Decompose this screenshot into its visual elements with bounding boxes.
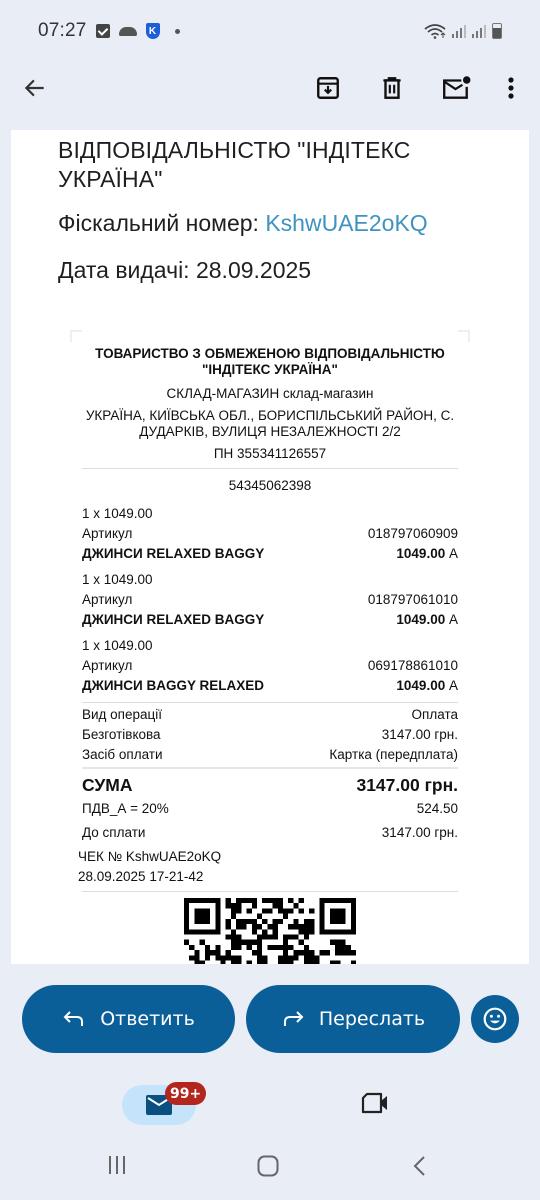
- mark-unread-button[interactable]: [436, 68, 476, 108]
- vat-label: ПДВ_А = 20%: [82, 797, 169, 821]
- item-article-row: Артикул018797061010: [82, 590, 458, 610]
- item-name: ДЖИНСИ RELAXED BAGGY: [82, 544, 264, 564]
- item-name-row: ДЖИНСИ BAGGY RELAXED1049.00 А: [82, 676, 458, 696]
- more-options-button[interactable]: [491, 68, 531, 108]
- fiscal-number-link[interactable]: KshwUAE2oKQ: [265, 210, 427, 236]
- fiscal-number-line: Фіскальний номер: KshwUAE2oKQ: [58, 210, 428, 237]
- reply-icon: [62, 1009, 86, 1029]
- message-body: ВІДПОВІДАЛЬНІСТЮ "ІНДІТЕКС УКРАЇНА" Фіск…: [11, 130, 529, 964]
- operation-value: Оплата: [412, 705, 458, 725]
- nav-meet[interactable]: [360, 1091, 392, 1120]
- fiscal-label: Фіскальний номер:: [58, 210, 265, 236]
- system-navigation: [0, 1140, 540, 1200]
- checkbox-notification-icon: [96, 24, 110, 38]
- mark-unread-icon: [441, 75, 471, 101]
- forward-label: Переслать: [319, 1008, 425, 1030]
- qty-price: 1 x 1049.00: [82, 570, 153, 590]
- item-tax-code: А: [449, 678, 458, 693]
- cashless-label: Безготівкова: [82, 725, 161, 745]
- to-pay-row: До сплати 3147.00 грн.: [82, 821, 458, 845]
- article-number: 018797061010: [368, 590, 458, 610]
- issue-date-line: Дата видачі: 28.09.2025: [58, 257, 311, 284]
- item-amount-wrap: 1049.00 А: [396, 676, 458, 696]
- unread-badge: 99+: [165, 1082, 206, 1105]
- dot-icon: [175, 29, 180, 34]
- video-meet-icon: [360, 1091, 392, 1115]
- reply-button[interactable]: Ответить: [22, 985, 235, 1053]
- check-datetime: 28.09.2025 17-21-42: [78, 867, 458, 887]
- receipt-company-name: ТОВАРИСТВО З ОБМЕЖЕНОЮ ВІДПОВІДАЛЬНІСТЮ …: [82, 346, 458, 378]
- sum-row: СУМА 3147.00 грн.: [82, 773, 458, 797]
- receipt-item: 1 x 1049.00Артикул018797061010ДЖИНСИ REL…: [82, 570, 458, 630]
- battery-charging-icon: [492, 23, 502, 39]
- cashless-row: Безготівкова 3147.00 грн.: [82, 725, 458, 745]
- company-name-tail: ВІДПОВІДАЛЬНІСТЮ "ІНДІТЕКС УКРАЇНА": [58, 136, 498, 194]
- qty-price: 1 x 1049.00: [82, 636, 153, 656]
- item-qty-price: 1 x 1049.00: [82, 504, 458, 524]
- date-value: 28.09.2025: [196, 257, 311, 283]
- archive-button[interactable]: [308, 68, 348, 108]
- back-button[interactable]: [15, 68, 55, 108]
- reply-label: Ответить: [100, 1008, 195, 1030]
- sum-value: 3147.00 грн.: [356, 773, 458, 797]
- recent-apps-icon: [106, 1154, 128, 1176]
- recent-apps-button[interactable]: [106, 1154, 128, 1181]
- item-name: ДЖИНСИ RELAXED BAGGY: [82, 610, 264, 630]
- item-qty-price: 1 x 1049.00: [82, 570, 458, 590]
- divider: [82, 702, 458, 703]
- vat-row: ПДВ_А = 20% 524.50: [82, 797, 458, 821]
- article-label: Артикул: [82, 524, 132, 544]
- emoji-smile-icon: [482, 1006, 508, 1032]
- article-label: Артикул: [82, 590, 132, 610]
- status-time: 07:27: [38, 20, 87, 42]
- delete-icon: [379, 75, 405, 101]
- payment-method-label: Засіб оплати: [82, 745, 163, 765]
- item-article-row: Артикул069178861010: [82, 656, 458, 676]
- emoji-reaction-button[interactable]: [471, 995, 519, 1043]
- bottom-navigation: 99+: [0, 1075, 540, 1137]
- item-amount: 1049.00: [396, 678, 445, 693]
- signal-icon: [452, 24, 466, 38]
- divider: [82, 468, 458, 469]
- qr-code: [184, 898, 356, 964]
- top-app-bar: [0, 62, 540, 122]
- receipt: ТОВАРИСТВО З ОБМЕЖЕНОЮ ВІДПОВІДАЛЬНІСТЮ …: [70, 330, 470, 964]
- date-label: Дата видачі:: [58, 257, 196, 283]
- item-amount-wrap: 1049.00 А: [396, 610, 458, 630]
- item-amount: 1049.00: [396, 612, 445, 627]
- item-article-row: Артикул018797060909: [82, 524, 458, 544]
- sum-label: СУМА: [82, 773, 133, 797]
- check-number: ЧЕК № KshwUAE2oKQ: [78, 847, 458, 867]
- home-button[interactable]: [256, 1154, 280, 1183]
- kyiv-digital-icon: K: [146, 23, 160, 39]
- receipt-item: 1 x 1049.00Артикул069178861010ДЖИНСИ BAG…: [82, 636, 458, 696]
- payment-method-row: Засіб оплати Картка (передплата): [82, 745, 458, 765]
- back-nav-button[interactable]: [410, 1154, 430, 1183]
- receipt-items: 1 x 1049.00Артикул018797060909ДЖИНСИ REL…: [82, 504, 458, 696]
- signal-icon: [472, 24, 486, 38]
- article-label: Артикул: [82, 656, 132, 676]
- operation-label: Вид операції: [82, 705, 162, 725]
- divider: [82, 767, 458, 769]
- to-pay-value: 3147.00 грн.: [382, 821, 458, 845]
- item-name-row: ДЖИНСИ RELAXED BAGGY1049.00 А: [82, 544, 458, 564]
- operation-row: Вид операції Оплата: [82, 705, 458, 725]
- cloud-icon: [119, 27, 137, 36]
- item-name: ДЖИНСИ BAGGY RELAXED: [82, 676, 264, 696]
- item-amount: 1049.00: [396, 546, 445, 561]
- receipt-store: СКЛАД-МАГАЗИН склад-магазин: [82, 385, 458, 402]
- status-icons-right: [424, 23, 502, 39]
- arrow-left-icon: [22, 75, 48, 101]
- home-icon: [256, 1154, 280, 1178]
- status-bar: 07:27 K: [0, 0, 540, 62]
- receipt-address: УКРАЇНА, КИЇВСЬКА ОБЛ., БОРИСПІЛЬСЬКИЙ Р…: [82, 408, 458, 440]
- cashless-value: 3147.00 грн.: [382, 725, 458, 745]
- back-icon: [410, 1154, 430, 1178]
- item-amount-wrap: 1049.00 А: [396, 544, 458, 564]
- receipt-item: 1 x 1049.00Артикул018797060909ДЖИНСИ REL…: [82, 504, 458, 564]
- forward-icon: [281, 1009, 305, 1029]
- receipt-tax-id: ПН 355341126557: [82, 445, 458, 462]
- qty-price: 1 x 1049.00: [82, 504, 153, 524]
- wifi-icon: [424, 23, 446, 39]
- article-number: 018797060909: [368, 524, 458, 544]
- article-number: 069178861010: [368, 656, 458, 676]
- status-icons-left: K: [96, 23, 180, 39]
- divider: [82, 891, 458, 892]
- item-tax-code: А: [449, 546, 458, 561]
- item-name-row: ДЖИНСИ RELAXED BAGGY1049.00 А: [82, 610, 458, 630]
- message-actions: Ответить Переслать: [0, 985, 540, 1055]
- delete-button[interactable]: [372, 68, 412, 108]
- more-vert-icon: [507, 76, 515, 100]
- forward-button[interactable]: Переслать: [246, 985, 460, 1053]
- to-pay-label: До сплати: [82, 821, 145, 845]
- archive-icon: [315, 75, 341, 101]
- payment-method-value: Картка (передплата): [329, 745, 458, 765]
- receipt-number: 54345062398: [82, 477, 458, 494]
- item-tax-code: А: [449, 612, 458, 627]
- vat-value: 524.50: [417, 797, 458, 821]
- item-qty-price: 1 x 1049.00: [82, 636, 458, 656]
